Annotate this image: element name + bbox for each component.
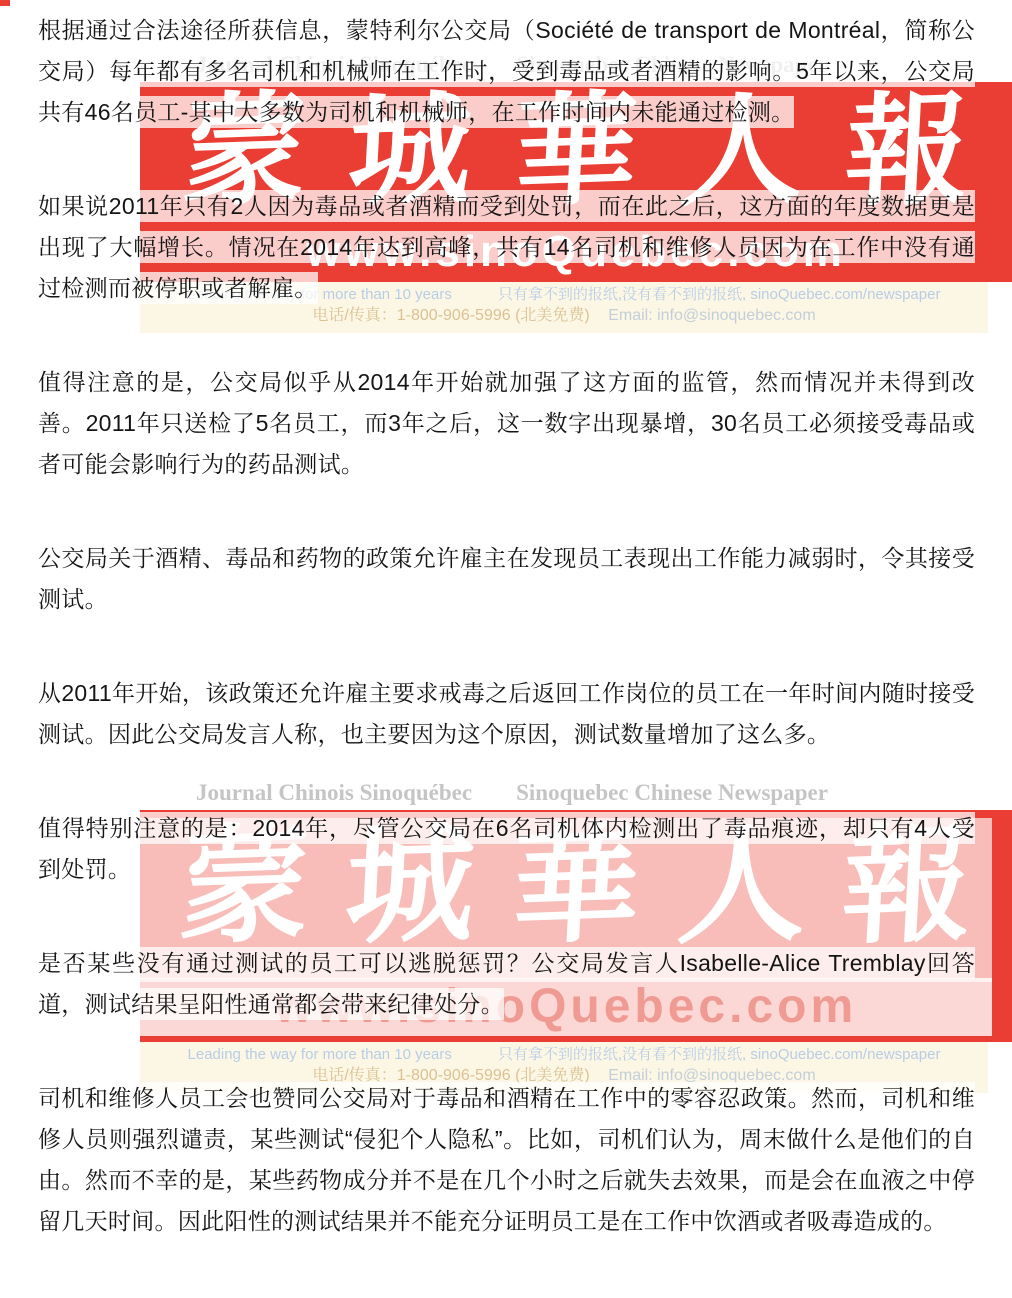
paragraph-text: 公交局关于酒精、毒品和药物的政策允许雇主在发现员工表现出工作能力减弱时，令其接受… — [38, 542, 975, 615]
article-paragraph: 从2011年开始，该政策还允许雇主要求戒毒之后返回工作岗位的员工在一年时间内随时… — [38, 673, 975, 755]
article-paragraph: 公交局关于酒精、毒品和药物的政策允许雇主在发现员工表现出工作能力减弱时，令其接受… — [38, 538, 975, 620]
article-paragraph: 根据通过合法途径所获信息，蒙特利尔公交局（Société de transpor… — [38, 10, 975, 133]
paragraph-text: 值得特别注意的是：2014年，尽管公交局在6名司机体内检测出了毒品痕迹，却只有4… — [38, 812, 975, 885]
corner-red-mark — [0, 0, 10, 6]
article-paragraph: 值得注意的是，公交局似乎从2014年开始就加强了这方面的监管，然而情况并未得到改… — [38, 362, 975, 485]
paragraph-text: 是否某些没有通过测试的员工可以逃脱惩罚？公交局发言人Isabelle-Alice… — [38, 947, 975, 1020]
paragraph-text: 司机和维修人员工会也赞同公交局对于毒品和酒精在工作中的零容忍政策。然而，司机和维… — [38, 1082, 975, 1237]
article-body: 根据通过合法途径所获信息，蒙特利尔公交局（Société de transpor… — [38, 0, 975, 1295]
paragraph-text: 值得注意的是，公交局似乎从2014年开始就加强了这方面的监管，然而情况并未得到改… — [38, 366, 975, 480]
paragraph-text: 根据通过合法途径所获信息，蒙特利尔公交局（Société de transpor… — [38, 14, 975, 128]
paragraph-text: 如果说2011年只有2人因为毒品或者酒精而受到处罚，而在此之后，这方面的年度数据… — [38, 190, 975, 304]
article-paragraph: 如果说2011年只有2人因为毒品或者酒精而受到处罚，而在此之后，这方面的年度数据… — [38, 186, 975, 309]
article-paragraph: 司机和维修人员工会也赞同公交局对于毒品和酒精在工作中的零容忍政策。然而，司机和维… — [38, 1078, 975, 1242]
article-paragraph: 是否某些没有通过测试的员工可以逃脱惩罚？公交局发言人Isabelle-Alice… — [38, 943, 975, 1025]
paragraph-text: 从2011年开始，该政策还允许雇主要求戒毒之后返回工作岗位的员工在一年时间内随时… — [38, 677, 975, 750]
article-paragraph: 值得特别注意的是：2014年，尽管公交局在6名司机体内检测出了毒品痕迹，却只有4… — [38, 808, 975, 890]
article-page: Journal Chinois Sinoquébec Sinoquebec Ch… — [0, 0, 1012, 1298]
